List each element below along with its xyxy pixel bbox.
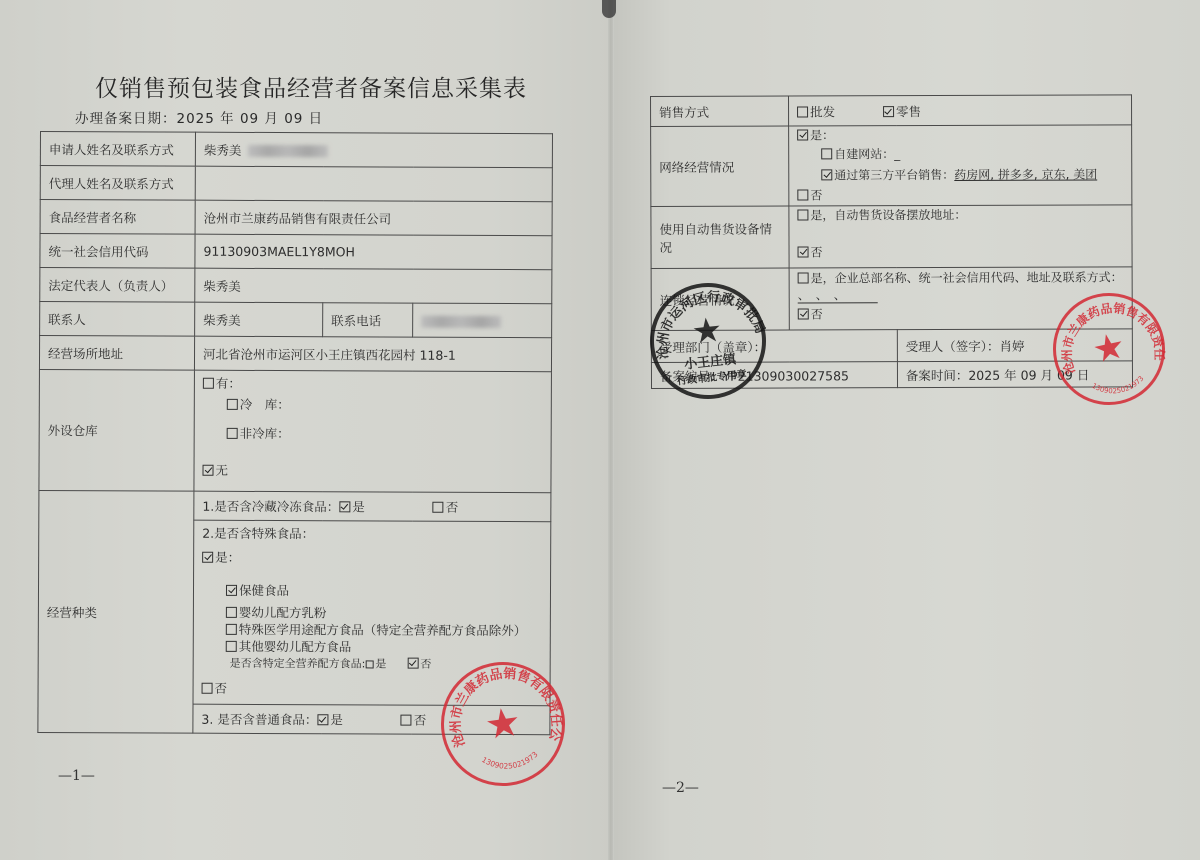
form-table-page1: 申请人姓名及联系方式 柴秀美 代理人姓名及联系方式 食品经营者名称 沧州市兰康药… [37, 131, 553, 735]
filing-date: 办理备案日期：2025 年 09 月 09 日 [75, 107, 323, 127]
chain-no[interactable]: 否 [798, 302, 1124, 325]
q2-item-0[interactable]: 保健食品 [202, 580, 542, 602]
value-contact-phone [413, 303, 552, 338]
value-online: 是： 自建网站：_ 通过第三方平台销售：药房网, 拼多多, 京东, 美团 否 [789, 125, 1132, 206]
filing-date-label: 办理备案日期： [75, 111, 177, 127]
option-wholesale[interactable]: 批发 [797, 104, 835, 119]
label-sales-mode: 销售方式 [651, 96, 789, 126]
checkbox-icon [821, 148, 832, 159]
chain-blank: 、 、 、 [798, 288, 878, 303]
label-address: 经营场所地址 [39, 336, 194, 371]
label-chain: 连锁经营情况 [651, 268, 789, 330]
label-credit-code: 统一社会信用代码 [40, 234, 195, 269]
redacted-phone [421, 315, 501, 327]
value-warehouse: 有： 冷 库： 非冷库： 无 [194, 370, 552, 493]
row-legal-rep: 法定代表人（负责人） 柴秀美 [40, 268, 552, 304]
checkbox-icon [433, 502, 444, 513]
label-legal-rep: 法定代表人（负责人） [40, 268, 195, 303]
value-category-q1: 1.是否含冷藏冷冻食品：是 否 [194, 491, 551, 522]
option-non-cold[interactable]: 非冷库： [203, 423, 543, 445]
row-category-q1: 经营种类 1.是否含冷藏冷冻食品：是 否 [39, 490, 551, 521]
checkbox-icon [227, 399, 238, 410]
row-online: 网络经营情况 是： 自建网站：_ 通过第三方平台销售：药房网, 拼多多, 京东,… [651, 125, 1132, 207]
checkbox-icon [227, 428, 238, 439]
checkbox-icon [202, 683, 213, 694]
value-legal-rep: 柴秀美 [195, 268, 552, 304]
row-chain: 连锁经营情况 是，企业总部名称、统一社会信用代码、地址及联系方式： 、 、 、 … [651, 267, 1132, 331]
checked-checkbox-icon [202, 552, 213, 563]
checkbox-icon [797, 209, 808, 220]
binder-clip-shadow [602, 0, 616, 18]
label-applicant: 申请人姓名及联系方式 [40, 132, 195, 167]
q2-no[interactable]: 否 [202, 678, 542, 700]
value-filing-time: 备案时间：2025 年 09 月 09 日 [897, 361, 1132, 388]
checked-checkbox-icon [407, 658, 418, 669]
checkbox-icon [365, 660, 373, 668]
filing-date-value: 2025 年 09 月 09 日 [177, 111, 324, 127]
checked-checkbox-icon [821, 169, 832, 180]
page-title: 仅销售预包装食品经营者备案信息采集表 [95, 70, 527, 103]
value-category-q3: 3. 是否含普通食品：是 否 [193, 704, 550, 735]
page-crease [608, 0, 614, 860]
q2-sub-question: 是否含特定全营养配方食品:是 否 [202, 655, 542, 673]
redacted-phone [247, 145, 327, 157]
option-none[interactable]: 无 [202, 460, 542, 482]
sub-yes[interactable]: 是 [365, 657, 386, 670]
vending-no[interactable]: 否 [798, 241, 1124, 262]
label-category: 经营种类 [38, 490, 194, 733]
chain-yes[interactable]: 是，企业总部名称、统一社会信用代码、地址及联系方式： [798, 267, 1124, 288]
value-handler: 受理人（签字）：肖婷 [897, 329, 1132, 362]
label-agent: 代理人姓名及联系方式 [40, 166, 195, 201]
page-number-1: —1— [58, 768, 95, 784]
checkbox-icon [226, 641, 237, 652]
checked-checkbox-icon [798, 308, 809, 319]
q1-yes[interactable]: 是 [339, 499, 365, 514]
row-vending: 使用自动售货设备情况 是，自动售货设备摆放地址： 否 [651, 205, 1132, 269]
row-warehouse: 外设仓库 有： 冷 库： 非冷库： 无 [39, 369, 552, 492]
checked-checkbox-icon [797, 129, 808, 140]
row-sales-mode: 销售方式 批发 零售 [651, 95, 1132, 127]
page-number-2: —2— [662, 780, 699, 796]
value-operator-name: 沧州市兰康药品销售有限责任公司 [195, 200, 552, 236]
option-retail[interactable]: 零售 [883, 104, 921, 119]
checked-checkbox-icon [202, 465, 213, 476]
vending-yes[interactable]: 是，自动售货设备摆放地址： [797, 205, 1123, 224]
checked-checkbox-icon [317, 714, 328, 725]
q3-no[interactable]: 否 [401, 713, 427, 728]
checked-checkbox-icon [798, 246, 809, 257]
row-accept: 受理部门（盖章）： 受理人（签字）：肖婷 [651, 329, 1132, 363]
row-operator-name: 食品经营者名称 沧州市兰康药品销售有限责任公司 [40, 200, 552, 236]
checkbox-icon [797, 106, 808, 117]
row-address: 经营场所地址 河北省沧州市运河区小王庄镇西花园村 118-1 [39, 336, 551, 372]
option-cold[interactable]: 冷 库： [203, 394, 543, 416]
row-agent: 代理人姓名及联系方式 [40, 166, 552, 202]
checked-checkbox-icon [339, 501, 350, 512]
label-warehouse: 外设仓库 [39, 369, 195, 491]
value-address: 河北省沧州市运河区小王庄镇西花园村 118-1 [194, 336, 551, 372]
checked-checkbox-icon [226, 585, 237, 596]
value-contact: 柴秀美 [195, 302, 323, 337]
value-chain: 是，企业总部名称、统一社会信用代码、地址及联系方式： 、 、 、 否 [789, 267, 1132, 330]
checkbox-icon [226, 624, 237, 635]
value-vending: 是，自动售货设备摆放地址： 否 [789, 205, 1132, 268]
q3-yes[interactable]: 是 [317, 712, 343, 727]
online-third-party[interactable]: 通过第三方平台销售：药房网, 拼多多, 京东, 美团 [797, 163, 1123, 186]
sub-no[interactable]: 否 [407, 658, 431, 671]
label-contact: 联系人 [40, 302, 195, 337]
label-vending: 使用自动售货设备情况 [651, 206, 789, 268]
label-online: 网络经营情况 [651, 126, 789, 206]
q2-item-2[interactable]: 特殊医学用途配方食品（特定全营养配方食品除外） [202, 621, 542, 639]
checked-checkbox-icon [883, 106, 894, 117]
q2-yes[interactable]: 是： [202, 547, 542, 569]
online-yes[interactable]: 是： [797, 125, 1123, 145]
row-filing: 备案编号：YP21309030027585 备案时间：2025 年 09 月 0… [651, 361, 1132, 389]
applicant-name: 柴秀美 [204, 142, 242, 157]
value-applicant: 柴秀美 [195, 132, 552, 168]
checkbox-icon [797, 189, 808, 200]
row-contact: 联系人 柴秀美 联系电话 [40, 302, 552, 338]
q1-no[interactable]: 否 [433, 500, 459, 515]
row-credit-code: 统一社会信用代码 91130903MAEL1Y8MOH [40, 234, 552, 270]
label-contact-phone: 联系电话 [323, 303, 413, 337]
value-filing-number: 备案编号：YP21309030027585 [651, 362, 897, 389]
label-operator-name: 食品经营者名称 [40, 200, 195, 235]
checkbox-icon [401, 715, 412, 726]
value-category-q2: 2.是否含特殊食品： 是： 保健食品 婴幼儿配方乳粉 特殊医学用途配方食品（特定… [193, 520, 551, 706]
row-applicant: 申请人姓名及联系方式 柴秀美 [40, 132, 552, 168]
label-accept-dept: 受理部门（盖章）： [651, 330, 897, 363]
platform-list: 药房网, 拼多多, 京东, 美团 [954, 167, 1097, 181]
value-credit-code: 91130903MAEL1Y8MOH [195, 234, 552, 270]
checkbox-icon [226, 607, 237, 618]
q2-item-1[interactable]: 婴幼儿配方乳粉 [202, 604, 542, 622]
q2-item-3[interactable]: 其他婴幼儿配方食品 [202, 638, 542, 656]
checkbox-icon [203, 378, 214, 389]
online-no[interactable]: 否 [797, 185, 1123, 205]
online-own-site[interactable]: 自建网站：_ [797, 144, 1123, 164]
form-table-page2: 销售方式 批发 零售 网络经营情况 是： 自建网站：_ 通过第三方平台销售：药房… [650, 94, 1133, 389]
checkbox-icon [798, 272, 809, 283]
option-has[interactable]: 有： [203, 373, 543, 395]
value-sales-mode: 批发 零售 [789, 95, 1132, 126]
value-agent [195, 166, 552, 202]
